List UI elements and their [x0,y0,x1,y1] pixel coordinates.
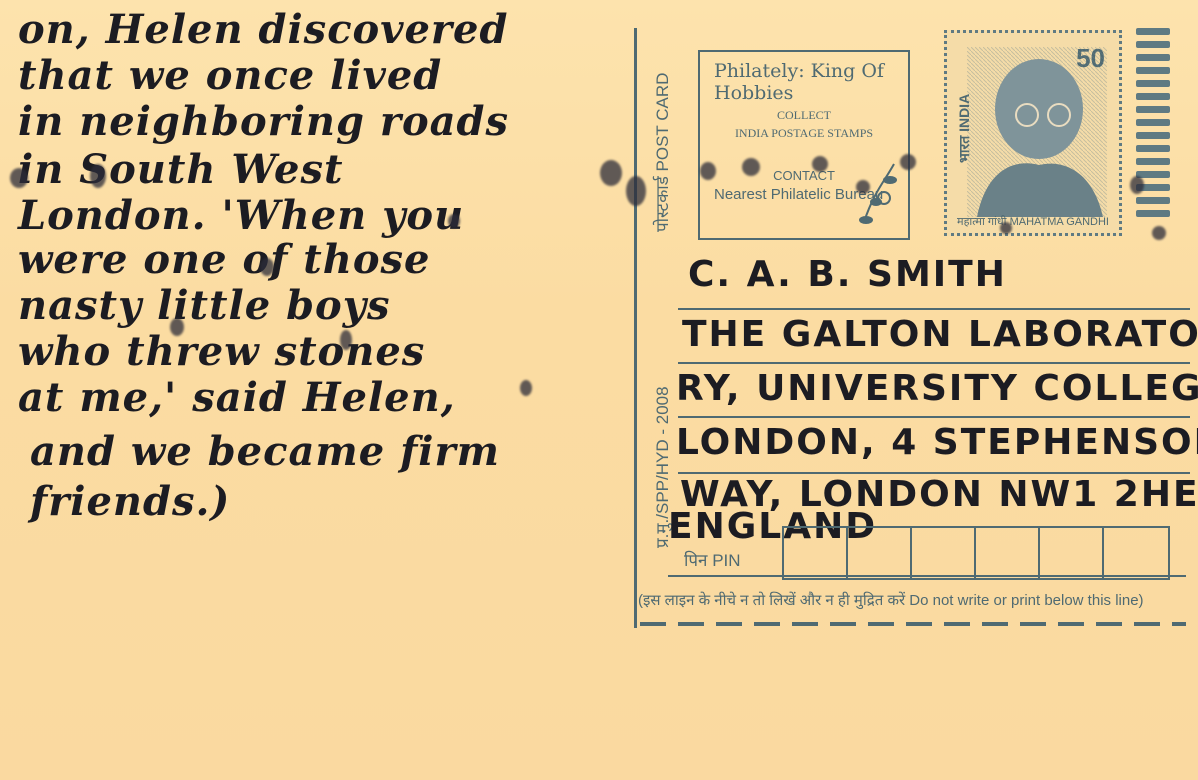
divider-line [634,28,637,628]
address-line: LONDON, 4 STEPHENSON [676,422,1198,463]
pin-box [784,528,848,578]
pin-box [912,528,976,578]
message-line: friends.) [30,478,230,525]
address-rule [678,308,1190,310]
message-line: that we once lived [18,52,442,99]
pin-code-boxes [782,526,1170,580]
pin-box [976,528,1040,578]
message-line: in neighboring roads [18,98,509,145]
address-line: THE GALTON LABORATO [682,314,1198,355]
promo-line: INDIA POSTAGE STAMPS [700,126,908,141]
message-line: nasty little boys [18,282,391,329]
message-line: in South West [18,146,343,193]
address-rule [678,362,1190,364]
pin-box [848,528,912,578]
dashed-line [640,622,1186,626]
post-card-label: पोस्टकार्ड POST CARD [650,73,673,232]
address-line: RY, UNIVERSITY COLLEGE [676,368,1198,409]
pin-baseline [668,575,1186,577]
message-line: London. 'When you [18,192,464,239]
flower-icon [854,162,902,232]
philately-promo: Philately: King Of Hobbies COLLECT INDIA… [698,50,910,240]
message-line: who threw stones [18,328,425,375]
message-line: on, Helen discovered [18,6,508,53]
address-line: C. A. B. SMITH [688,254,1007,295]
message-line: and we became firm [30,428,500,475]
postcard: on, Helen discovered that we once lived … [0,0,1198,780]
promo-line: COLLECT [700,108,908,123]
pin-label: पिन PIN [684,548,741,571]
message-line: were one of those [18,236,431,283]
facing-bars [1136,28,1170,223]
stamp-subject: महात्मा गांधी MAHATMA GANDHI [947,214,1119,229]
gandhi-portrait-icon [967,47,1107,217]
pin-box [1104,528,1168,578]
promo-arc-text: Philately: King Of Hobbies [714,60,908,104]
pin-box [1040,528,1104,578]
address-rule [678,416,1190,418]
do-not-write-notice: (इस लाइन के नीचे न तो लिखें और न ही मुद्… [638,590,1144,610]
message-line: at me,' said Helen, [18,374,456,421]
postage-stamp: 50 भारत INDIA महात्मा गांधी MAHATMA GAND… [944,30,1122,236]
